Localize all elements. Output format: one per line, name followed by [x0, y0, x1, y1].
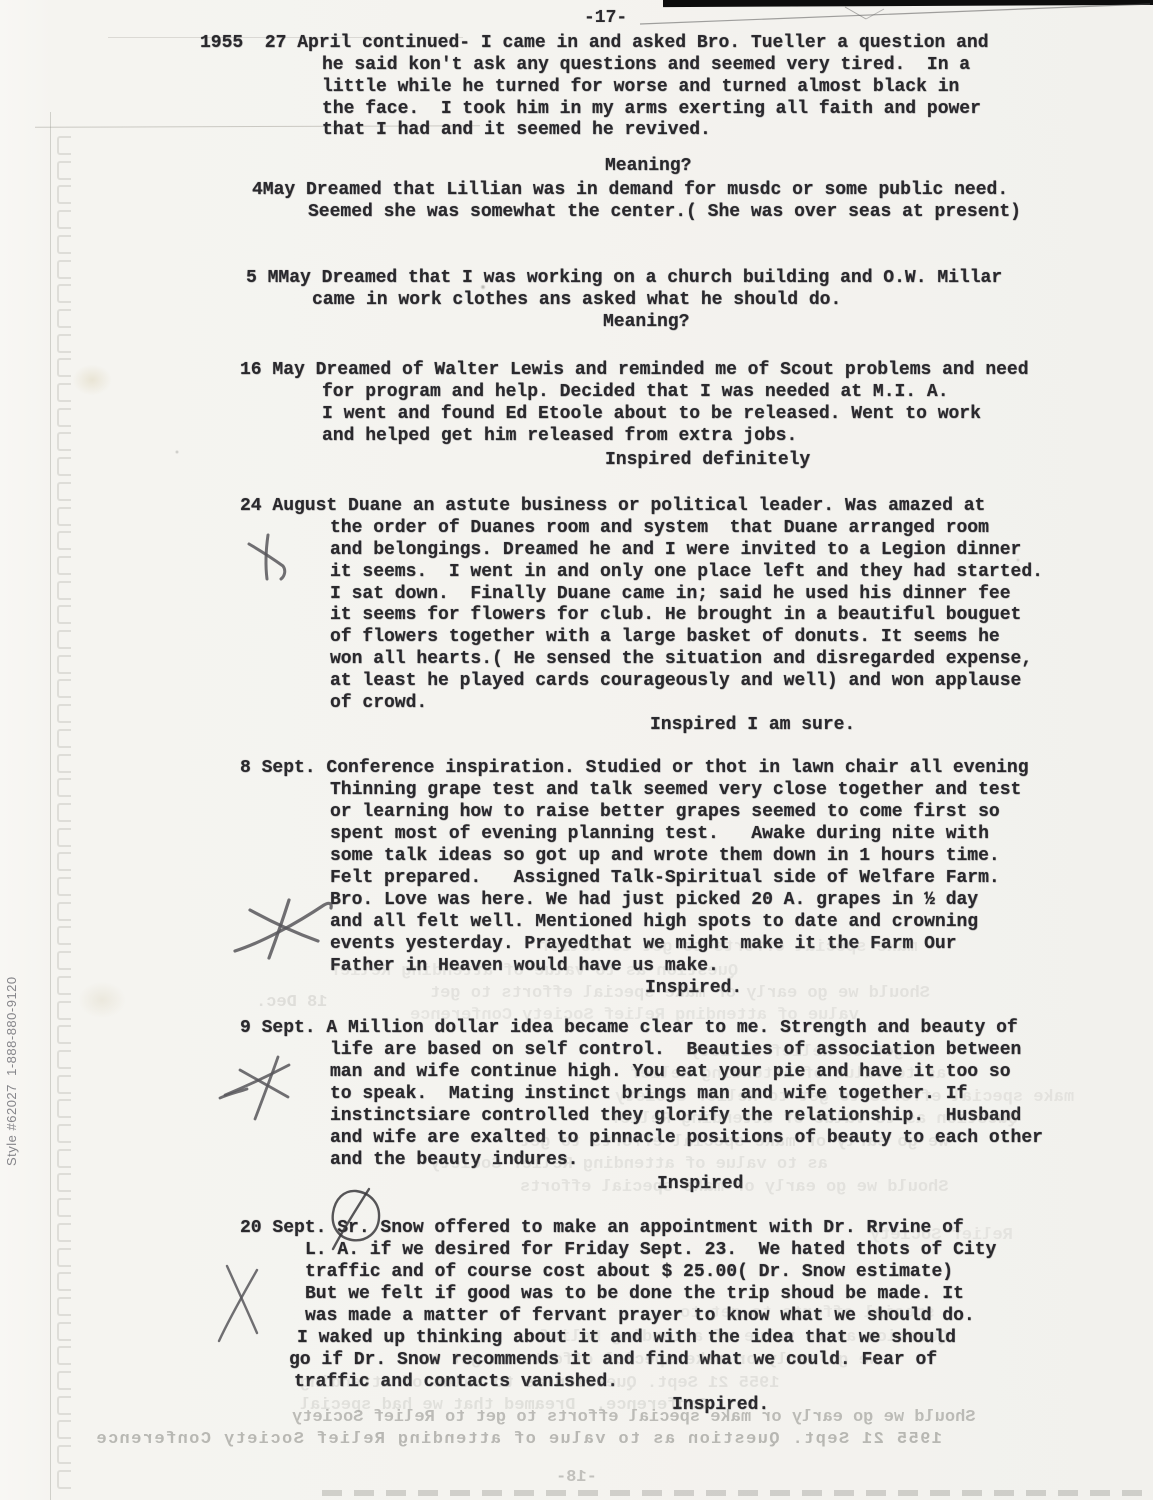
typed-line: I went and found Ed Etoole about to be r… — [322, 404, 981, 424]
verdict-line: Inspired I am sure. — [650, 715, 855, 735]
pencil-x-8-sept — [235, 900, 331, 958]
typed-line: 1955 27 April continued- I came in and a… — [200, 33, 989, 53]
binding-hole-mark — [57, 778, 71, 797]
typed-line: 16 May Dreamed of Walter Lewis and remin… — [240, 360, 1029, 380]
binding-hole-mark — [57, 1371, 71, 1390]
bleed-dash-row — [322, 1490, 1153, 1496]
binding-hole-mark — [57, 185, 71, 204]
verdict-line: Inspired definitely — [605, 450, 810, 470]
pencil-x-20-sept — [219, 1266, 257, 1341]
binding-hole-mark — [57, 655, 71, 674]
typed-line: 8 Sept. Conference inspiration. Studied … — [240, 758, 1029, 778]
binding-hole-mark — [57, 1346, 71, 1365]
ghost-fragment: make special efforts to get to Relief — [540, 938, 917, 957]
binding-hole-mark — [57, 408, 71, 427]
typed-line: it seems for flowers for club. He brough… — [330, 605, 1021, 625]
ghost-fragment: Relief Society — [870, 1226, 1013, 1245]
binding-hole-mark — [57, 1198, 71, 1217]
pencil-cross-24-aug — [249, 535, 285, 579]
binding-hole-mark — [57, 1075, 71, 1094]
binding-hole-mark — [57, 210, 71, 229]
ghost-fragment: 1955 21 Sept. Question as to value of at… — [300, 1374, 779, 1393]
typed-line: some talk ideas so got up and wrote them… — [330, 846, 1000, 866]
typed-line: at least he played cards courageously an… — [330, 671, 1021, 691]
typed-line: Thinning grape test and talk seemed very… — [330, 780, 1021, 800]
typed-line: he said kon't ask any questions and seem… — [322, 55, 970, 75]
binding-hole-mark — [57, 852, 71, 871]
ghost-fragment: we go early or make special efforts to g… — [420, 1351, 879, 1370]
binding-hole-mark — [57, 1099, 71, 1118]
typed-line: Felt prepared. Assigned Talk-Spiritual s… — [330, 868, 1000, 888]
binding-hole-mark — [57, 1420, 71, 1439]
binding-hole-mark — [57, 1025, 71, 1044]
bleedthrough-page-number: -18- — [556, 1468, 597, 1487]
typed-line: the order of Duanes room and system that… — [330, 518, 989, 538]
binding-hole-mark — [57, 1124, 71, 1143]
binding-hole-mark — [57, 1001, 71, 1020]
binding-hole-mark — [57, 729, 71, 748]
binding-hole-mark — [57, 507, 71, 526]
scan-edge-bar — [663, 0, 1153, 7]
binding-hole-mark — [57, 704, 71, 723]
typed-line: 5 MMay Dreamed that I was working on a c… — [246, 268, 1002, 288]
binding-hole-mark — [57, 877, 71, 896]
binding-hole-mark — [57, 1322, 71, 1341]
pencil-x-9-sept — [220, 1057, 289, 1119]
verdict-line: Meaning? — [603, 312, 689, 332]
ghost-fragment: 18 Dec. — [256, 993, 327, 1012]
binding-hole-mark — [57, 161, 71, 180]
typed-line: that I had and it seemed he revived. — [322, 120, 711, 140]
binding-hole-mark — [57, 235, 71, 254]
ghost-fragment: Question as to value of attending Relief — [330, 962, 738, 981]
typed-line: of flowers together with a large basket … — [330, 627, 1000, 647]
binding-hole-mark — [57, 284, 71, 303]
binding-hole-mark — [57, 482, 71, 501]
binding-hole-mark — [57, 260, 71, 279]
paper-edge-line — [50, 112, 51, 1500]
binding-hole-mark — [57, 754, 71, 773]
typed-line: it seems. I went in and only one place l… — [330, 562, 1043, 582]
ghost-fragment: make special efforts to get to Relief So… — [615, 1088, 1074, 1107]
binding-hole-mark — [57, 630, 71, 649]
ghost-fragment: Question as to value of attending Relief — [610, 1110, 1018, 1129]
binding-hole-mark — [57, 1470, 71, 1489]
binding-hole-mark — [57, 803, 71, 822]
typed-line: and all felt well. Mentioned high spots … — [330, 912, 978, 932]
typed-line: of crowd. — [330, 693, 427, 713]
typed-line: for program and help. Decided that I was… — [322, 382, 949, 402]
binding-hole-mark — [57, 531, 71, 550]
binding-hole-mark — [57, 1248, 71, 1267]
binding-hole-mark — [57, 581, 71, 600]
typed-line: or learning how to raise better grapes s… — [330, 802, 1000, 822]
typed-line: won all hearts.( He sensed the situation… — [330, 649, 1032, 669]
ghost-fragment: value of attending Relief Society Confer… — [410, 1006, 859, 1025]
typed-line: But we felt if good was to be done the t… — [305, 1284, 964, 1304]
typed-line: Bro. Love was here. We had just picked 2… — [330, 890, 978, 910]
binding-hole-mark — [57, 358, 71, 377]
ghost-fragment: to get to Relief Society — [690, 1043, 935, 1062]
typed-line: and belongings. Dreamed he and I were in… — [330, 540, 1021, 560]
ghost-fragment: as to value of attending Relief — [630, 1065, 946, 1084]
typed-line: little while he turned for worse and tur… — [322, 77, 959, 97]
binding-hole-mark — [57, 556, 71, 575]
binding-hole-mark — [57, 136, 71, 155]
ghost-fragment: special efforts to get to — [680, 1304, 935, 1323]
binding-hole-mark — [57, 1445, 71, 1464]
ghost-fragment: as to value of attending Relief Society — [430, 1155, 828, 1174]
binding-hole-mark — [57, 432, 71, 451]
ghost-fragment: Should we go early or make special effor… — [520, 1178, 948, 1197]
binding-hole-mark — [57, 1050, 71, 1069]
typed-line: Seemed she was somewhat the center.( She… — [308, 202, 1021, 222]
typed-line: came in work clothes ans asked what he s… — [312, 290, 841, 310]
meaning-line: Meaning? — [605, 156, 691, 176]
scanned-journal-page: -17- 1955 27 April continued- I came in … — [0, 0, 1153, 1500]
binding-hole-mark — [57, 976, 71, 995]
page-number: -17- — [584, 8, 627, 28]
ghost-fragment: Conference. Dreamed that we had special — [300, 1396, 708, 1415]
binding-hole-mark — [57, 334, 71, 353]
typed-line: the face. I took him in my arms exerting… — [322, 99, 981, 119]
typed-line: I sat down. Finally Duane came in; said … — [330, 584, 1011, 604]
ghost-fragment: Question as to value of attending Relief — [540, 1328, 948, 1347]
binding-hole-mark — [57, 457, 71, 476]
binding-hole-mark — [57, 951, 71, 970]
typed-line: 4May Dreamed that Lillian was in demand … — [252, 180, 1008, 200]
paper-style-note: Style #62027 1-888-880-9120 — [4, 976, 19, 1166]
typed-line: spent most of evening planning test. Awa… — [330, 824, 989, 844]
binding-hole-mark — [57, 605, 71, 624]
ghost-fragment: we go early or make special efforts to g… — [520, 1133, 948, 1152]
binding-hole-mark — [57, 309, 71, 328]
binding-hole-mark — [57, 1396, 71, 1415]
typed-line: 20 Sept. Sr. Snow offered to make an app… — [240, 1218, 964, 1238]
binding-hole-mark — [57, 383, 71, 402]
binding-hole-mark — [57, 1173, 71, 1192]
typed-line: traffic and of course cost about $ 25.00… — [305, 1262, 953, 1282]
binding-hole-mark — [57, 1297, 71, 1316]
binding-hole-mark — [57, 902, 71, 921]
typed-line: and helped get him released from extra j… — [322, 426, 797, 446]
bleedthrough-line: 1955 21 Sept. Question as to value of at… — [95, 1430, 942, 1449]
binding-hole-mark — [57, 926, 71, 945]
ghost-fragment: Should we go early or make special effor… — [430, 984, 930, 1003]
binding-hole-mark — [57, 1149, 71, 1168]
binding-hole-mark — [57, 679, 71, 698]
binding-hole-mark — [57, 1223, 71, 1242]
binding-hole-mark — [57, 828, 71, 847]
binding-hole-mark — [57, 1272, 71, 1291]
typed-line: 24 August Duane an astute business or po… — [240, 496, 985, 516]
